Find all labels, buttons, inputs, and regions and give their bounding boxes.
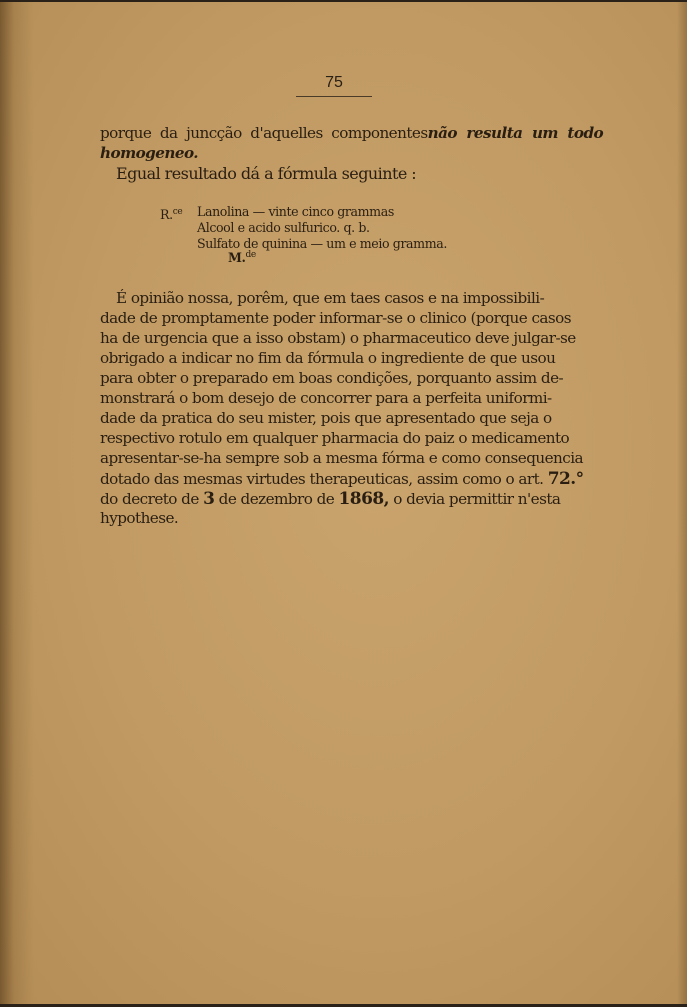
paragraph-2-line: dade de promptamente poder informar-se o… [100, 309, 571, 327]
recipe-items: Lanolina — vinte cinco grammas Alcool e … [197, 204, 447, 252]
paragraph-2-line: respectivo rotulo em qualquer pharmacia … [100, 429, 569, 447]
paragraph-2-line: É opinião nossa, porêm, que em taes caso… [116, 289, 544, 307]
recipe-footer-sup: de [246, 250, 256, 260]
text-run: dotado das mesmas virtudes therapeuticas… [100, 470, 543, 488]
recipe-item: Lanolina — vinte cinco grammas [197, 204, 447, 220]
text-run: o devia permittir n'esta [393, 490, 560, 508]
text-run: de dezembro de [219, 490, 335, 508]
paragraph-1-line-2: homogeneo. [100, 144, 198, 162]
paragraph-2-line: do decreto de 3 de dezembro de 1868, o d… [100, 489, 560, 509]
recipe-item: Alcool e acido sulfurico. q. b. [197, 220, 447, 236]
paragraph-1-line-3: Egual resultado dá a fórmula seguinte : [116, 164, 416, 183]
italic-emphasis: não resulta um todo [428, 124, 604, 142]
page-number: 75 [296, 74, 372, 92]
date-year: 1868, [339, 489, 389, 509]
paragraph-2-line: ha de urgencia que a isso obstam) o phar… [100, 329, 576, 347]
article-number: 72.° [548, 469, 584, 489]
text-run: porque da juncção d'aquelles componentes [100, 124, 428, 142]
recipe-label: R.ce [160, 204, 182, 223]
paragraph-1-line-1: porque da juncção d'aquelles componentes… [100, 124, 572, 142]
text-run: do decreto de [100, 490, 199, 508]
paragraph-2-line: para obter o preparado em boas condições… [100, 369, 563, 387]
recipe-footer: M.de [228, 247, 256, 266]
recipe-label-sup: ce [173, 207, 183, 217]
paragraph-2-line: dotado das mesmas virtudes therapeuticas… [100, 469, 584, 489]
page-number-rule [296, 96, 372, 97]
book-page: 75 porque da juncção d'aquelles componen… [0, 2, 687, 1004]
paragraph-2-line: monstrará o bom desejo de concorrer para… [100, 389, 552, 407]
paragraph-2-line: apresentar-se-ha sempre sob a mesma fórm… [100, 449, 583, 467]
paragraph-2-line: hypothese. [100, 509, 178, 527]
paragraph-2-line: obrigado a indicar no fim da fórmula o i… [100, 349, 555, 367]
paragraph-2-line: dade da pratica do seu mister, pois que … [100, 409, 552, 427]
date-day: 3 [203, 489, 214, 509]
